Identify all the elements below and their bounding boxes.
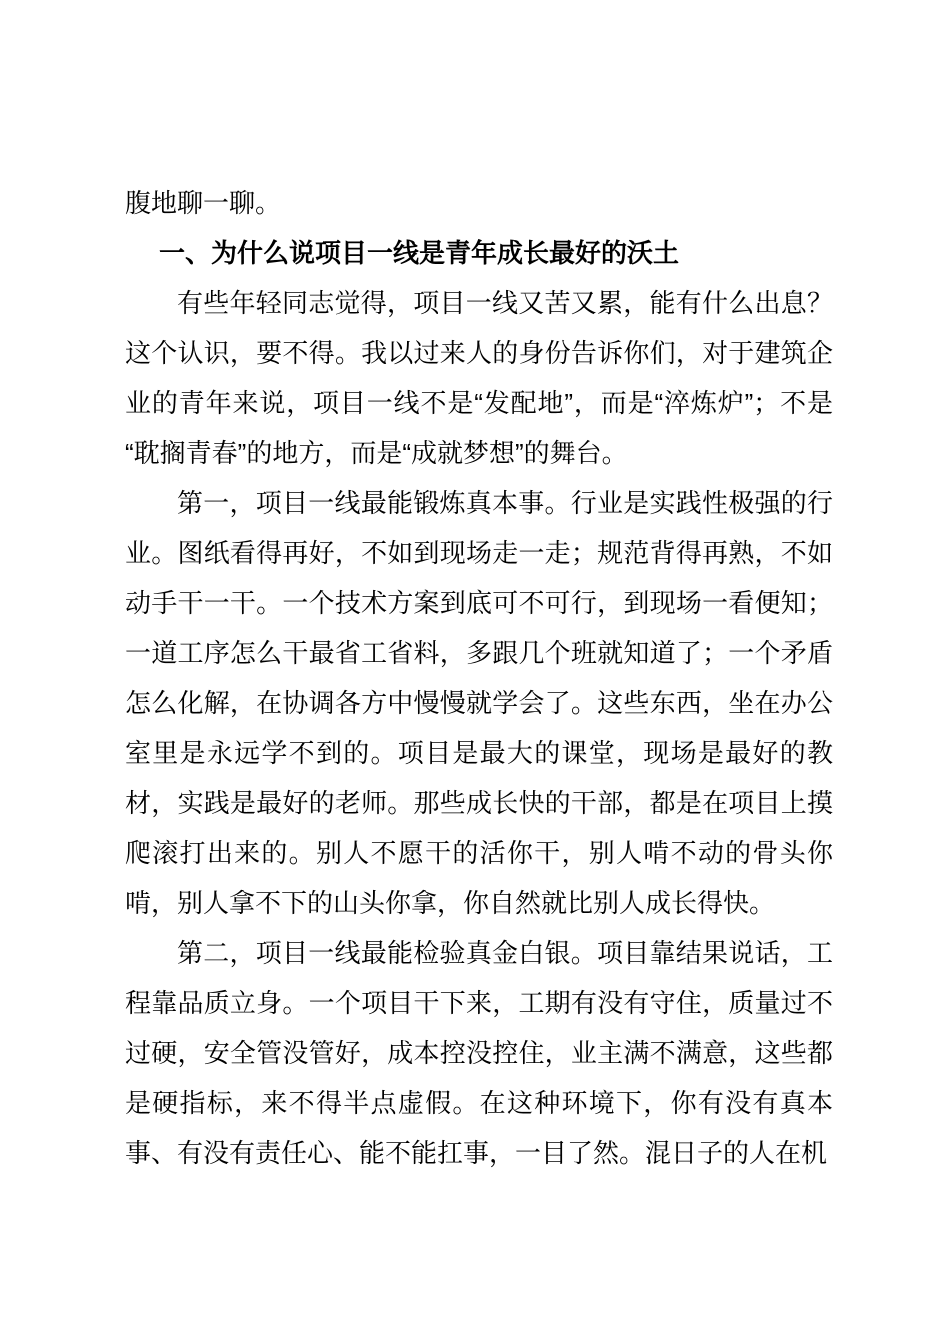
document-viewport: { "page": { "background": "#ffffff", "te…	[0, 0, 950, 1344]
paragraph-continuation: 腹地聊一聊。	[125, 178, 833, 228]
document-page: 腹地聊一聊。 一、为什么说项目一线是青年成长最好的沃土 有些年轻同志觉得，项目一…	[0, 0, 950, 1344]
paragraph-point-two: 第二，项目一线最能检验真金白银。项目靠结果说话，工程靠品质立身。一个项目干下来，…	[125, 928, 833, 1178]
paragraph-point-one: 第一，项目一线最能锻炼真本事。行业是实践性极强的行业。图纸看得再好，不如到现场走…	[125, 478, 833, 928]
section-heading: 一、为什么说项目一线是青年成长最好的沃土	[125, 228, 833, 278]
paragraph-intro: 有些年轻同志觉得，项目一线又苦又累，能有什么出息？这个认识，要不得。我以过来人的…	[125, 278, 833, 478]
document-text-block: 腹地聊一聊。 一、为什么说项目一线是青年成长最好的沃土 有些年轻同志觉得，项目一…	[125, 178, 833, 1178]
